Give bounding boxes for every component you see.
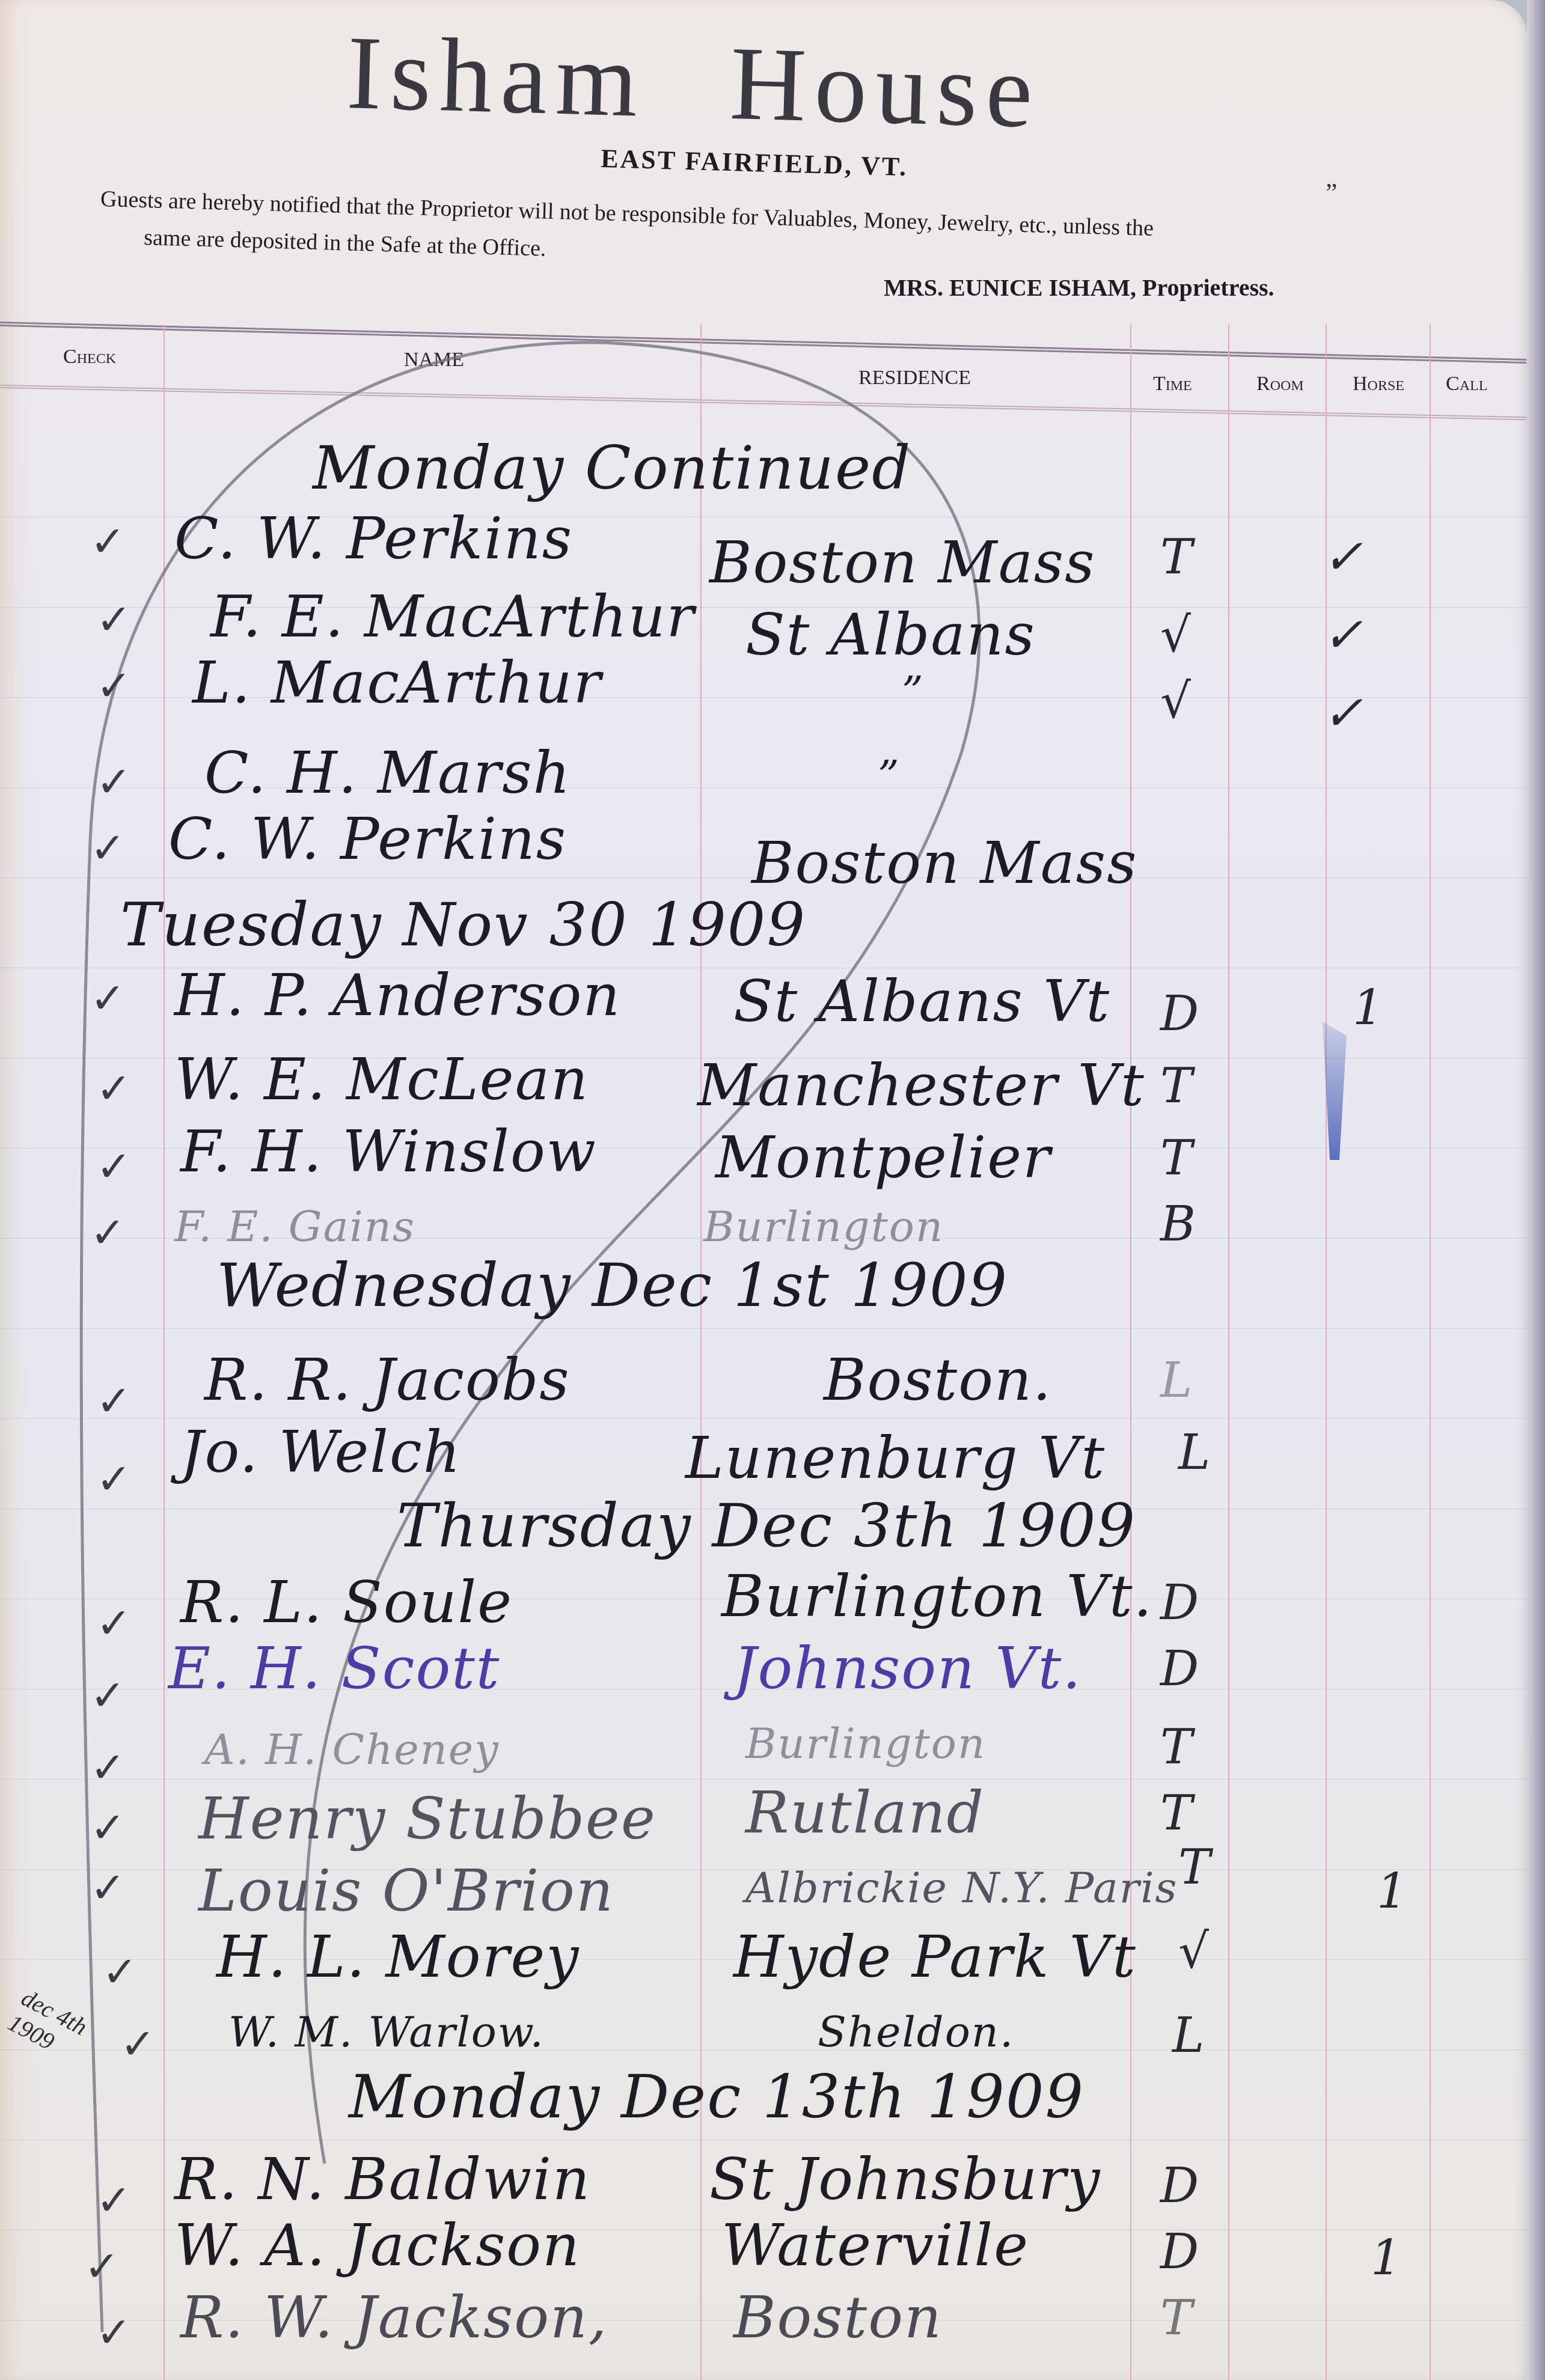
guest-residence: Boston Mass <box>751 829 1137 897</box>
column-header-check: Check <box>63 346 116 368</box>
check-mark: ✓ <box>120 2019 156 2069</box>
guest-residence: Manchester Vt <box>697 1052 1145 1119</box>
proprietress-line: MRS. EUNICE ISHAM, Proprietress. <box>884 273 1274 302</box>
guest-name: C. W. Perkins <box>174 505 573 572</box>
check-mark: ✓ <box>96 1599 132 1648</box>
guest-name: W. M. Warlow. <box>228 2007 545 2057</box>
time-mark: T <box>1160 1130 1192 1186</box>
title-word-isham: Isham <box>345 14 647 139</box>
column-header-call: Call <box>1446 373 1487 395</box>
guest-residence: Boston Mass <box>709 529 1095 596</box>
guest-name: Henry Stubbee <box>198 1785 656 1852</box>
time-mark: √ <box>1160 673 1191 729</box>
guest-residence: Waterville <box>721 2212 1029 2279</box>
column-header-time: Time <box>1153 373 1192 395</box>
guest-name: H. P. Anderson <box>174 962 621 1029</box>
ditto-mark: ” <box>1326 177 1338 208</box>
check-mark: ✓ <box>90 1803 126 1852</box>
column-divider-horse <box>1430 325 1431 2380</box>
guest-residence: Rutland <box>745 1779 985 1846</box>
guest-residence: St Johnsbury <box>709 2146 1101 2213</box>
guest-residence: Boston. <box>824 1346 1052 1414</box>
guest-residence: Johnson Vt. <box>733 1635 1082 1702</box>
check-mark: ✓ <box>96 2176 132 2225</box>
call-mark: 1 <box>1377 1863 1407 1919</box>
guest-residence: Montpelier <box>715 1124 1051 1191</box>
guest-name: R. R. Jacobs <box>204 1346 571 1414</box>
page-edge <box>1527 0 1545 2380</box>
masthead: IshamHouse EAST FAIRFIELD, VT. Guests ar… <box>0 0 1527 313</box>
register-page: IshamHouse EAST FAIRFIELD, VT. Guests ar… <box>0 0 1527 2380</box>
guest-name: Jo. Welch <box>180 1418 462 1486</box>
check-mark: ✓ <box>90 517 126 566</box>
date-heading: Wednesday Dec 1st 1909 <box>216 1250 1008 1320</box>
guest-residence: ” <box>878 751 901 801</box>
column-divider-residence <box>1130 325 1131 2380</box>
title-word-house: House <box>729 25 1042 150</box>
date-heading: Monday Continued <box>313 433 911 503</box>
hotel-location: EAST FAIRFIELD, VT. <box>601 143 908 182</box>
check-mark: ✓ <box>96 661 132 710</box>
guest-name: R. N. Baldwin <box>174 2146 591 2213</box>
time-mark: B <box>1160 1196 1196 1252</box>
check-mark: ✓ <box>90 974 126 1023</box>
check-mark: ✓ <box>90 1743 126 1792</box>
time-mark: T <box>1160 2290 1192 2346</box>
check-mark: ✓ <box>90 1863 126 1912</box>
guest-name: E. H. Scott <box>168 1635 500 1702</box>
hotel-title: IshamHouse <box>345 12 1202 157</box>
date-heading: Tuesday Nov 30 1909 <box>120 889 806 960</box>
horse-mark: ✓ <box>1323 607 1363 663</box>
guest-name: A. H. Cheney <box>204 1725 500 1774</box>
guest-residence: Burlington Vt. <box>721 1563 1153 1630</box>
time-mark: L <box>1160 1352 1192 1408</box>
guest-name: Louis O'Brion <box>198 1857 614 1924</box>
check-mark: ✓ <box>96 1376 132 1426</box>
guest-name: L. MacArthur <box>192 649 602 716</box>
guest-name: F. E. MacArthur <box>210 583 695 650</box>
horse-mark: ✓ <box>1323 529 1363 585</box>
guest-residence: Lunenburg Vt <box>685 1424 1106 1492</box>
column-divider-check <box>164 325 165 2380</box>
ruled-line <box>0 2140 1527 2140</box>
horse-mark: 1 <box>1353 980 1383 1036</box>
time-mark: D <box>1160 2158 1199 2214</box>
date-heading: Thursday Dec 3th 1909 <box>397 1491 1136 1561</box>
guest-residence: St Albans <box>745 601 1036 668</box>
check-mark: ✓ <box>96 1064 132 1113</box>
guest-residence: Albrickie N.Y. Paris <box>745 1863 1178 1912</box>
guest-residence: St Albans Vt <box>733 968 1110 1035</box>
horse-mark: ✓ <box>1323 685 1363 741</box>
check-mark: ✓ <box>96 2308 132 2357</box>
check-mark: ✓ <box>96 757 132 807</box>
header-rule-top <box>0 322 1526 364</box>
guest-residence: Sheldon. <box>818 2007 1014 2057</box>
call-mark: 1 <box>1371 2230 1401 2286</box>
guest-name: C. H. Marsh <box>204 739 571 807</box>
guest-name: R. W. Jackson, <box>180 2284 608 2351</box>
date-heading: Monday Dec 13th 1909 <box>349 2061 1085 2132</box>
check-mark: ✓ <box>90 823 126 873</box>
time-mark: √ <box>1178 1923 1209 1979</box>
guest-residence: ” <box>902 667 925 716</box>
time-mark: T <box>1160 1785 1192 1841</box>
guest-name: F. H. Winslow <box>180 1118 597 1185</box>
guest-name: W. E. McLean <box>174 1046 589 1113</box>
time-mark: T <box>1160 529 1192 585</box>
guest-residence: Burlington <box>703 1202 944 1251</box>
check-mark: ✓ <box>96 595 132 644</box>
time-mark: L <box>1172 2007 1204 2063</box>
guest-name: H. L. Morey <box>216 1923 580 1991</box>
column-header-name: NAME <box>404 349 464 371</box>
time-mark: T <box>1160 1719 1192 1775</box>
time-mark: L <box>1178 1424 1210 1480</box>
column-header-residence: RESIDENCE <box>858 367 971 389</box>
check-mark: ✓ <box>90 1208 126 1257</box>
margin-date-note: dec 4th 1909 <box>4 1983 92 2066</box>
guest-name: W. A. Jackson <box>174 2212 581 2279</box>
guest-name: C. W. Perkins <box>168 805 567 873</box>
check-mark: ✓ <box>96 1454 132 1504</box>
column-header-horse: Horse <box>1353 373 1404 395</box>
time-mark: D <box>1160 2224 1199 2280</box>
column-header-room: Room <box>1256 373 1304 395</box>
check-mark: ✓ <box>96 1142 132 1191</box>
time-mark: D <box>1160 1641 1199 1697</box>
ruled-line <box>0 1328 1527 1329</box>
time-mark: D <box>1160 1575 1199 1631</box>
time-mark: T <box>1160 1058 1192 1114</box>
check-mark: ✓ <box>102 1947 138 1997</box>
check-mark: ✓ <box>90 1671 126 1720</box>
guest-residence: Boston <box>733 2284 943 2351</box>
check-mark: ✓ <box>84 2242 120 2291</box>
column-divider-time <box>1228 325 1229 2380</box>
time-mark: √ <box>1160 607 1191 663</box>
guest-name: R. L. Soule <box>180 1569 513 1636</box>
guest-residence: Hyde Park Vt <box>733 1923 1137 1991</box>
time-mark: D <box>1160 986 1199 1042</box>
time-mark: T <box>1178 1839 1210 1895</box>
guest-name: F. E. Gains <box>174 1202 415 1251</box>
guest-residence: Burlington <box>745 1719 986 1768</box>
